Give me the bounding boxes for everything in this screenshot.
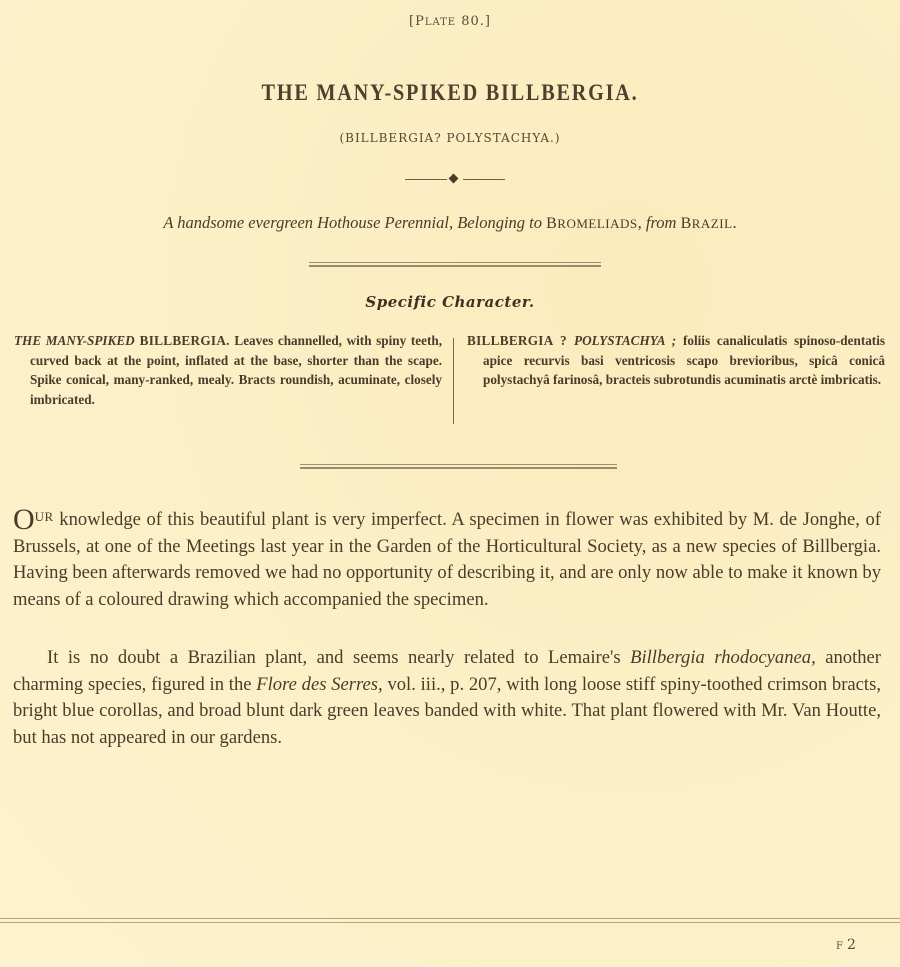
english-description: THE MANY-SPIKED BILLBERGIA. Leaves chann… xyxy=(14,331,442,409)
paragraph-2-text-a: It is no doubt a Brazilian plant, and se… xyxy=(47,647,630,668)
column-divider xyxy=(453,338,454,424)
double-rule-divider xyxy=(309,262,601,267)
specific-character-latin: BILLBERGIA ? POLYSTACHYA ; foliis canali… xyxy=(467,331,885,390)
plate-label: [PLATE 80.] xyxy=(0,14,900,29)
tagline-from: , from xyxy=(638,213,681,232)
drop-cap-small-caps: UR xyxy=(35,509,54,524)
tagline-family-initial: B xyxy=(546,215,557,232)
signature-letter: F xyxy=(836,941,847,952)
bottom-rule xyxy=(0,918,900,922)
latin-species: POLYSTACHYA ; xyxy=(574,333,676,348)
english-common-name: THE MANY-SPIKED xyxy=(14,333,135,348)
specific-character-english: THE MANY-SPIKED BILLBERGIA. Leaves chann… xyxy=(14,331,442,409)
tagline-period: . xyxy=(733,213,737,232)
diamond-ornament-icon xyxy=(405,175,505,185)
drop-cap: O xyxy=(13,503,35,536)
plate-number: 80.] xyxy=(456,14,491,29)
signature-number: 2 xyxy=(847,937,860,953)
tagline-family-rest: ROMELIADS xyxy=(557,216,637,231)
section-heading: Specific Character. xyxy=(0,293,900,311)
publication-reference: Flore des Serres, xyxy=(256,674,382,695)
tagline-country-rest: RAZIL xyxy=(692,216,733,231)
tagline-country-initial: B xyxy=(681,215,692,232)
tagline: A handsome evergreen Hothouse Perennial,… xyxy=(0,213,900,233)
body-paragraph-1: OUR knowledge of this beautiful plant is… xyxy=(13,504,881,613)
ornament-line-left xyxy=(405,179,447,180)
latin-subtitle: (BILLBERGIA? POLYSTACHYA.) xyxy=(0,131,900,145)
page-title: THE MANY-SPIKED BILLBERGIA. xyxy=(54,80,846,106)
paragraph-1-text: knowledge of this beautiful plant is ver… xyxy=(13,509,881,610)
book-page: [PLATE 80.] THE MANY-SPIKED BILLBERGIA. … xyxy=(0,0,900,967)
plate-word-initial: P xyxy=(415,14,425,29)
tagline-description: A handsome evergreen Hothouse Perennial,… xyxy=(163,213,546,232)
plate-word-rest: LATE xyxy=(425,17,456,28)
printer-signature: F2 xyxy=(836,937,860,953)
ornament-line-right xyxy=(463,179,505,180)
ornament-diamond xyxy=(449,174,459,184)
species-reference: Billbergia rhodocyanea, xyxy=(630,647,816,668)
double-rule-divider-2 xyxy=(300,464,617,469)
latin-description: BILLBERGIA ? POLYSTACHYA ; foliis canali… xyxy=(467,331,885,390)
english-genus: BILLBERGIA. xyxy=(135,333,230,348)
body-paragraph-2: It is no doubt a Brazilian plant, and se… xyxy=(13,645,881,751)
latin-genus: BILLBERGIA ? xyxy=(467,333,574,348)
